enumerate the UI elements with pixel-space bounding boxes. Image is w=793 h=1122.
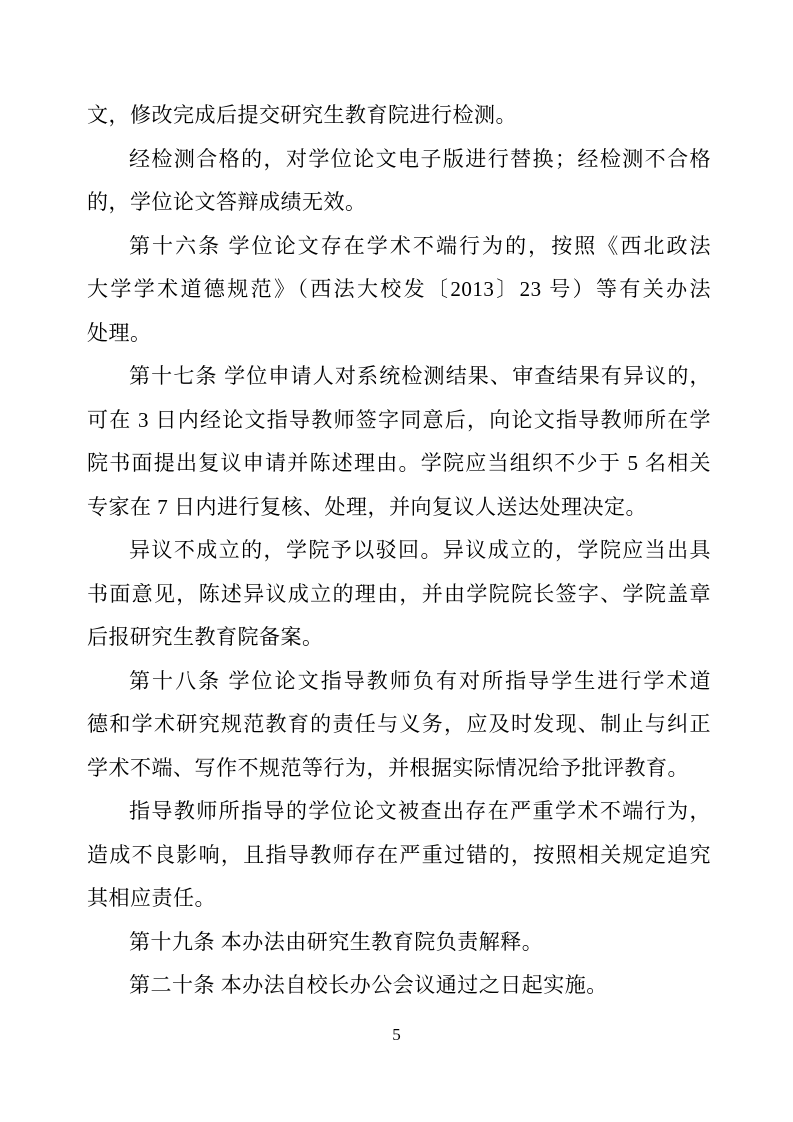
text-line: 第十七条 学位申请人对系统检测结果、审查结果有异议的， bbox=[87, 355, 711, 399]
text-line: 的，学位论文答辩成绩无效。 bbox=[87, 181, 711, 225]
document-body: 文，修改完成后提交研究生教育院进行检测。经检测合格的，对学位论文电子版进行替换；… bbox=[87, 94, 711, 1008]
text-line: 大学学术道德规范》（西法大校发〔2013〕23 号）等有关办法 bbox=[87, 268, 711, 312]
text-line: 处理。 bbox=[87, 312, 711, 356]
text-line: 学术不端、写作不规范等行为，并根据实际情况给予批评教育。 bbox=[87, 747, 711, 791]
text-line: 异议不成立的，学院予以驳回。异议成立的，学院应当出具 bbox=[87, 529, 711, 573]
text-line: 文，修改完成后提交研究生教育院进行检测。 bbox=[87, 94, 711, 138]
text-line: 其相应责任。 bbox=[87, 877, 711, 921]
text-line: 经检测合格的，对学位论文电子版进行替换；经检测不合格 bbox=[87, 138, 711, 182]
text-line: 造成不良影响，且指导教师存在严重过错的，按照相关规定追究 bbox=[87, 834, 711, 878]
document-page: 文，修改完成后提交研究生教育院进行检测。经检测合格的，对学位论文电子版进行替换；… bbox=[0, 0, 793, 1122]
text-line: 第十八条 学位论文指导教师负有对所指导学生进行学术道 bbox=[87, 660, 711, 704]
text-line: 院书面提出复议申请并陈述理由。学院应当组织不少于 5 名相关 bbox=[87, 442, 711, 486]
text-line: 德和学术研究规范教育的责任与义务，应及时发现、制止与纠正 bbox=[87, 703, 711, 747]
text-line: 指导教师所指导的学位论文被查出存在严重学术不端行为， bbox=[87, 790, 711, 834]
text-line: 第二十条 本办法自校长办公会议通过之日起实施。 bbox=[87, 964, 711, 1008]
text-line: 专家在 7 日内进行复核、处理，并向复议人送达处理决定。 bbox=[87, 486, 711, 530]
text-line: 第十九条 本办法由研究生教育院负责解释。 bbox=[87, 921, 711, 965]
text-line: 可在 3 日内经论文指导教师签字同意后，向论文指导教师所在学 bbox=[87, 399, 711, 443]
page-number: 5 bbox=[0, 1024, 793, 1046]
text-line: 第十六条 学位论文存在学术不端行为的，按照《西北政法 bbox=[87, 225, 711, 269]
text-line: 书面意见，陈述异议成立的理由，并由学院院长签字、学院盖章 bbox=[87, 573, 711, 617]
text-line: 后报研究生教育院备案。 bbox=[87, 616, 711, 660]
